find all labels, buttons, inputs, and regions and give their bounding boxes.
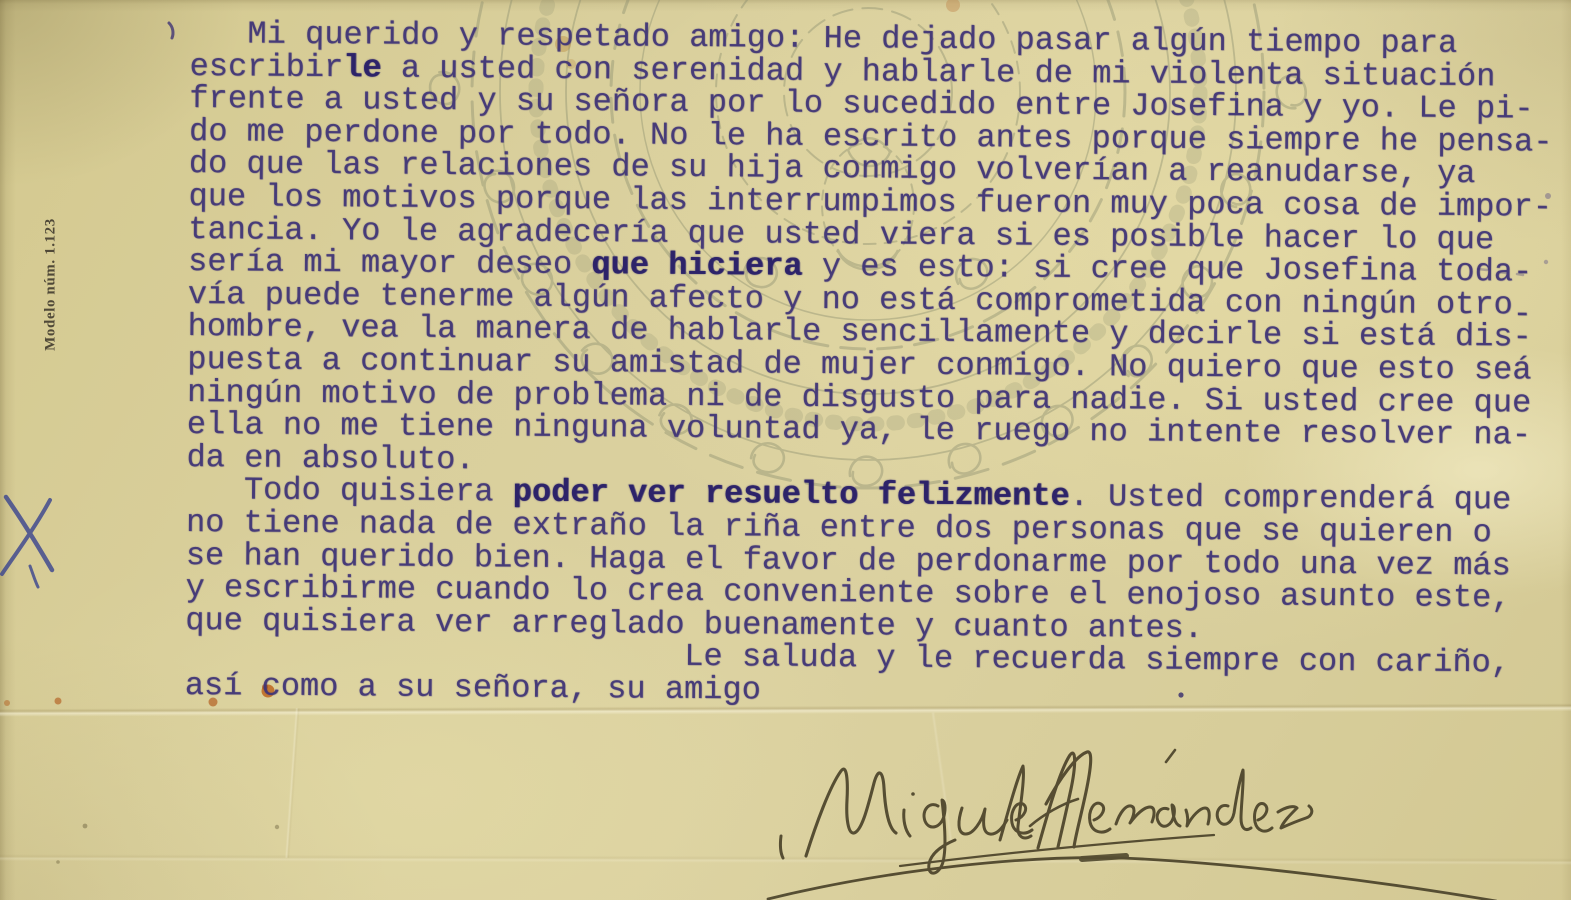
scanned-letter-page: { "document": { "kind": "typewritten-let… (0, 0, 1571, 900)
margin-model-label: Modelo núm. 1.123 (43, 190, 60, 380)
letter-body: Mi querido y respetado amigo: He dejado … (185, 18, 1571, 713)
